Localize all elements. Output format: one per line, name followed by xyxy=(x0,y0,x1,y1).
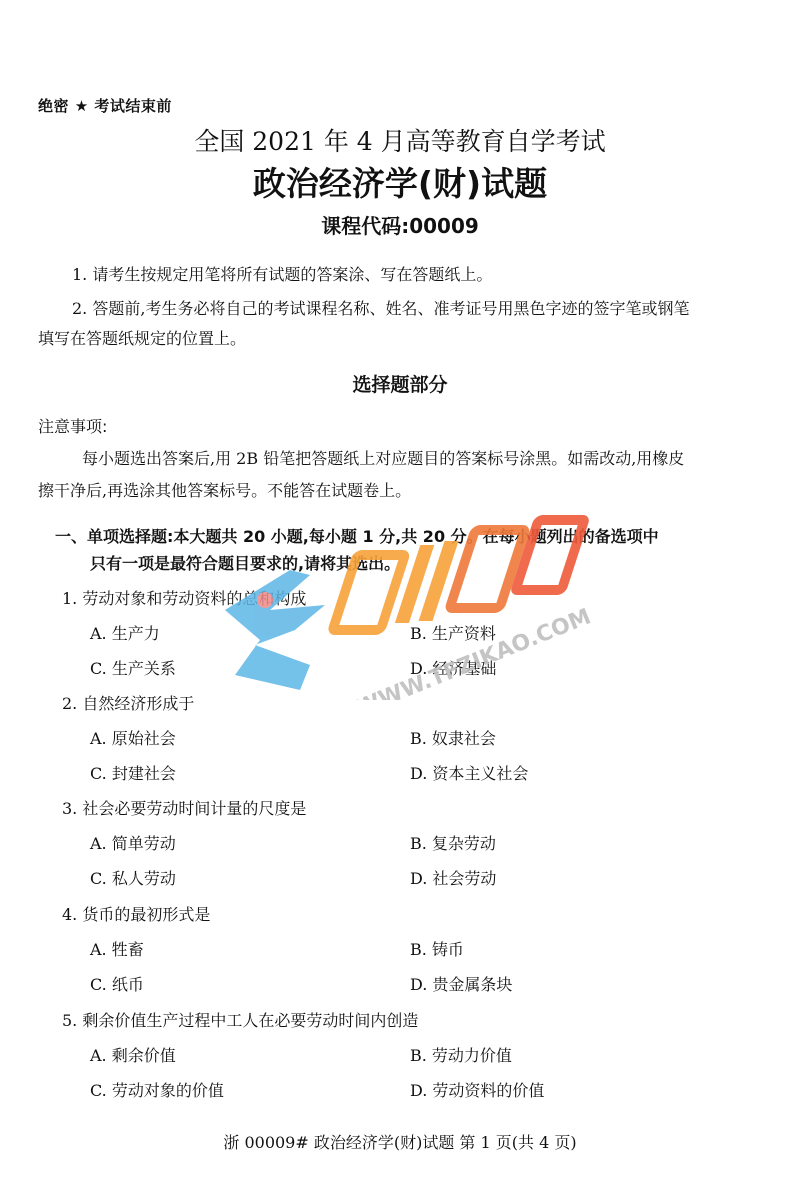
option-d: D. 劳动资料的价值 xyxy=(410,1078,544,1101)
course-code: 课程代码:00009 xyxy=(0,210,800,239)
section-title: 选择题部分 xyxy=(0,370,800,397)
option-c: C. 劳动对象的价值 xyxy=(90,1078,224,1101)
option-d: D. 贵金属条块 xyxy=(410,972,512,995)
option-d: D. 社会劳动 xyxy=(410,866,496,889)
option-b: B. 奴隶社会 xyxy=(410,726,496,749)
question-stem: 2. 自然经济形成于 xyxy=(62,691,194,714)
option-a: A. 牲畜 xyxy=(90,937,144,960)
option-b: B. 复杂劳动 xyxy=(410,831,496,854)
question-stem: 1. 劳动对象和劳动资料的总和构成 xyxy=(62,586,306,609)
paper-title: 政治经济学(财)试题 xyxy=(0,158,800,205)
option-a: A. 生产力 xyxy=(90,621,160,644)
general-notice-1: 1. 请考生按规定用笔将所有试题的答案涂、写在答题纸上。 xyxy=(72,262,492,285)
option-a: A. 简单劳动 xyxy=(90,831,176,854)
option-c: C. 封建社会 xyxy=(90,761,176,784)
question-stem: 4. 货币的最初形式是 xyxy=(62,902,210,925)
option-c: C. 私人劳动 xyxy=(90,866,176,889)
attention-label: 注意事项: xyxy=(38,414,107,437)
attention-line-2: 擦干净后,再选涂其他答案标号。不能答在试题卷上。 xyxy=(38,478,411,501)
option-c: C. 生产关系 xyxy=(90,656,176,679)
general-notice-2: 2. 答题前,考生务必将自己的考试课程名称、姓名、准考证号用黑色字迹的签字笔或钢… xyxy=(72,296,689,319)
part-one-heading-continued: 只有一项是最符合题目要求的,请将其选出。 xyxy=(90,551,400,574)
page-footer: 浙 00009# 政治经济学(财)试题 第 1 页(共 4 页) xyxy=(0,1130,800,1153)
exam-title: 全国 2021 年 4 月高等教育自学考试 xyxy=(0,122,800,158)
question-stem: 3. 社会必要劳动时间计量的尺度是 xyxy=(62,796,306,819)
svg-text:WWW.TFZIKAO.COM: WWW.TFZIKAO.COM xyxy=(352,604,594,700)
attention-line-1: 每小题选出答案后,用 2B 铅笔把答题纸上对应题目的答案标号涂黑。如需改动,用橡… xyxy=(82,446,684,469)
option-c: C. 纸币 xyxy=(90,972,144,995)
option-b: B. 生产资料 xyxy=(410,621,496,644)
general-notice-2-continued: 填写在答题纸规定的位置上。 xyxy=(38,326,246,349)
option-d: D. 经济基础 xyxy=(410,656,496,679)
part-one-heading: 一、单项选择题:本大题共 20 小题,每小题 1 分,共 20 分。在每小题列出… xyxy=(55,524,659,547)
option-b: B. 劳动力价值 xyxy=(410,1043,512,1066)
classification-label: 绝密 ★ 考试结束前 xyxy=(38,95,172,116)
option-b: B. 铸币 xyxy=(410,937,464,960)
option-a: A. 原始社会 xyxy=(90,726,176,749)
option-d: D. 资本主义社会 xyxy=(410,761,528,784)
option-a: A. 剩余价值 xyxy=(90,1043,176,1066)
exam-page: 绝密 ★ 考试结束前 全国 2021 年 4 月高等教育自学考试 政治经济学(财… xyxy=(0,0,800,1190)
question-stem: 5. 剩余价值生产过程中工人在必要劳动时间内创造 xyxy=(62,1008,418,1031)
